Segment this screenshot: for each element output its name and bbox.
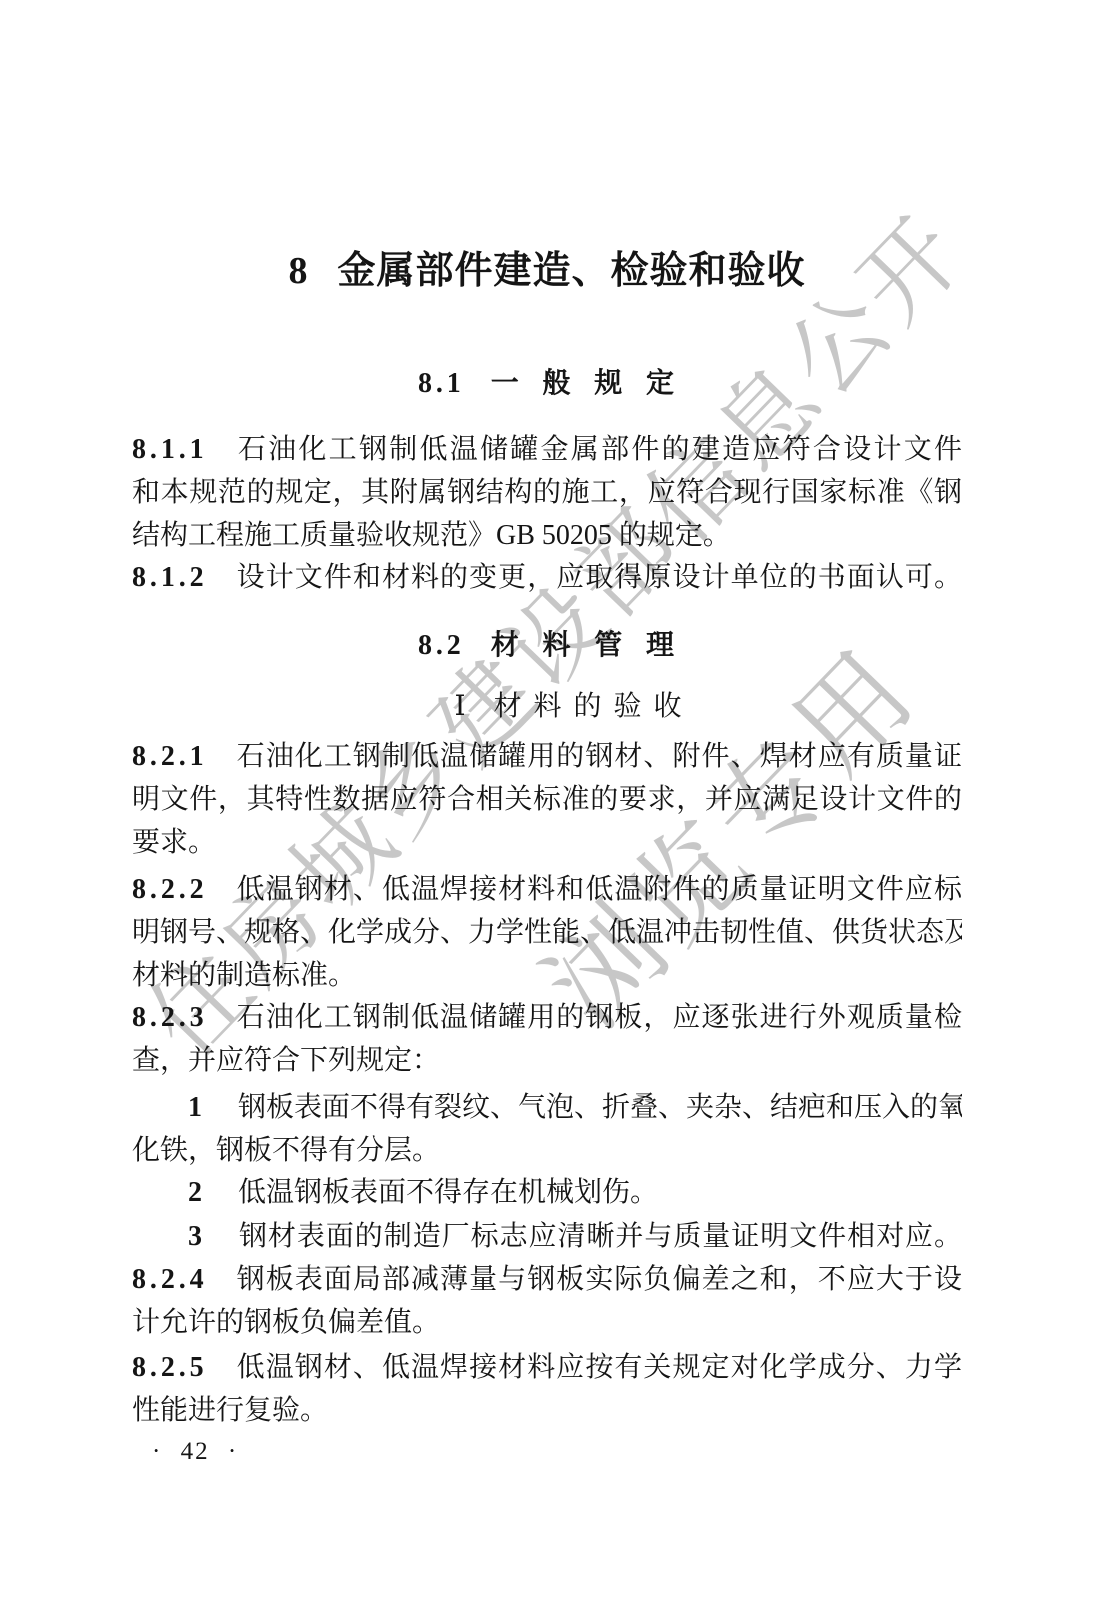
section-8-1-title: 一 般 规 定 [491,367,676,398]
item-text: 钢材表面的制造厂标志应清晰并与质量证明文件相对应。 [238,1221,962,1252]
clause-8-2-2: 8.2.2低温钢材、低温焊接材料和低温附件的质量证明文件应标 明钢号、规格、化学… [132,868,962,997]
text-line: 2低温钢板表面不得存在机械划伤。 [132,1171,962,1214]
subsection-title: 材料的验收 [494,691,694,722]
item-number: 1 [188,1092,202,1123]
text-line: 要求。 [132,821,962,864]
text-line: 化铁，钢板不得有分层。 [132,1129,962,1172]
clause-8-1-2: 8.1.2设计文件和材料的变更，应取得原设计单位的书面认可。 [132,556,962,599]
text-line: 查，并应符合下列规定： [132,1039,962,1082]
text-line: 明文件，其特性数据应符合相关标准的要求，并应满足设计文件的 [132,778,962,821]
clause-text: 钢板表面局部减薄量与钢板实际负偏差之和，不应大于设 [236,1264,962,1295]
section-8-2-number: 8.2 [418,630,465,661]
clause-number: 8.1.2 [132,562,208,593]
item-text: 钢板表面不得有裂纹、气泡、折叠、夹杂、结疤和压入的氧 [238,1092,962,1123]
clause-text: 石油化工钢制低温储罐用的钢材、附件、焊材应有质量证 [236,741,962,772]
text-line: 3钢材表面的制造厂标志应清晰并与质量证明文件相对应。 [132,1215,962,1258]
section-8-2-title: 材 料 管 理 [491,629,676,660]
list-item-2: 2低温钢板表面不得存在机械划伤。 [132,1171,962,1214]
chapter-heading: 8金属部件建造、检验和验收 [132,247,962,295]
text-line: 1钢板表面不得有裂纹、气泡、折叠、夹杂、结疤和压入的氧 [132,1086,962,1129]
list-item-1: 1钢板表面不得有裂纹、气泡、折叠、夹杂、结疤和压入的氧 化铁，钢板不得有分层。 [132,1086,962,1172]
clause-number: 8.1.1 [132,434,208,465]
clause-number: 8.2.2 [132,874,208,905]
subsection-numeral: Ⅰ [454,691,465,722]
document-page: 住房城乡建设部信息公开 浏览专用 8金属部件建造、检验和验收 8.1一 般 规 … [0,0,1102,1598]
text-line: 明钢号、规格、化学成分、力学性能、低温冲击韧性值、供货状态及 [132,911,962,954]
clause-8-2-5: 8.2.5低温钢材、低温焊接材料应按有关规定对化学成分、力学 性能进行复验。 [132,1346,962,1432]
clause-number: 8.2.1 [132,741,208,772]
text-line: 结构工程施工质量验收规范》GB 50205 的规定。 [132,514,962,557]
list-item-3: 3钢材表面的制造厂标志应清晰并与质量证明文件相对应。 [132,1215,962,1258]
clause-number: 8.2.5 [132,1352,208,1383]
chapter-title: 金属部件建造、检验和验收 [337,250,805,292]
text-line: 计允许的钢板负偏差值。 [132,1301,962,1344]
section-8-2-heading: 8.2材 料 管 理 [132,628,962,663]
clause-text: 低温钢材、低温焊接材料和低温附件的质量证明文件应标 [236,874,962,905]
item-text: 低温钢板表面不得存在机械划伤。 [238,1177,658,1208]
clause-number: 8.2.3 [132,1002,208,1033]
clause-8-2-4: 8.2.4钢板表面局部减薄量与钢板实际负偏差之和，不应大于设 计允许的钢板负偏差… [132,1258,962,1344]
section-8-1-number: 8.1 [418,368,465,399]
item-number: 3 [188,1221,202,1252]
clause-8-2-1: 8.2.1石油化工钢制低温储罐用的钢材、附件、焊材应有质量证 明文件，其特性数据… [132,735,962,864]
clause-text: 石油化工钢制低温储罐金属部件的建造应符合设计文件 [236,434,962,465]
clause-number: 8.2.4 [132,1264,208,1295]
text-line: 8.2.2低温钢材、低温焊接材料和低温附件的质量证明文件应标 [132,868,962,911]
text-line: 8.2.5低温钢材、低温焊接材料应按有关规定对化学成分、力学 [132,1346,962,1389]
text-line: 8.2.3石油化工钢制低温储罐用的钢板，应逐张进行外观质量检 [132,996,962,1039]
chapter-number: 8 [288,250,307,292]
page-content: 8金属部件建造、检验和验收 8.1一 般 规 定 8.1.1石油化工钢制低温储罐… [132,0,962,1598]
clause-text: 设计文件和材料的变更，应取得原设计单位的书面认可。 [236,562,962,593]
item-number: 2 [188,1177,202,1208]
text-line: 和本规范的规定，其附属钢结构的施工，应符合现行国家标准《钢 [132,471,962,514]
clause-8-2-3: 8.2.3石油化工钢制低温储罐用的钢板，应逐张进行外观质量检 查，并应符合下列规… [132,996,962,1082]
page-number: · 42 · [152,1438,238,1466]
text-line: 8.1.2设计文件和材料的变更，应取得原设计单位的书面认可。 [132,556,962,599]
text-line: 8.2.4钢板表面局部减薄量与钢板实际负偏差之和，不应大于设 [132,1258,962,1301]
text-line: 8.1.1石油化工钢制低温储罐金属部件的建造应符合设计文件 [132,428,962,471]
clause-text: 石油化工钢制低温储罐用的钢板，应逐张进行外观质量检 [236,1002,962,1033]
clause-text: 低温钢材、低温焊接材料应按有关规定对化学成分、力学 [236,1352,962,1383]
subsection-1-heading: Ⅰ材料的验收 [159,690,989,724]
clause-8-1-1: 8.1.1石油化工钢制低温储罐金属部件的建造应符合设计文件 和本规范的规定，其附… [132,428,962,557]
section-8-1-heading: 8.1一 般 规 定 [132,366,962,401]
text-line: 8.2.1石油化工钢制低温储罐用的钢材、附件、焊材应有质量证 [132,735,962,778]
text-line: 性能进行复验。 [132,1389,962,1432]
text-line: 材料的制造标准。 [132,954,962,997]
